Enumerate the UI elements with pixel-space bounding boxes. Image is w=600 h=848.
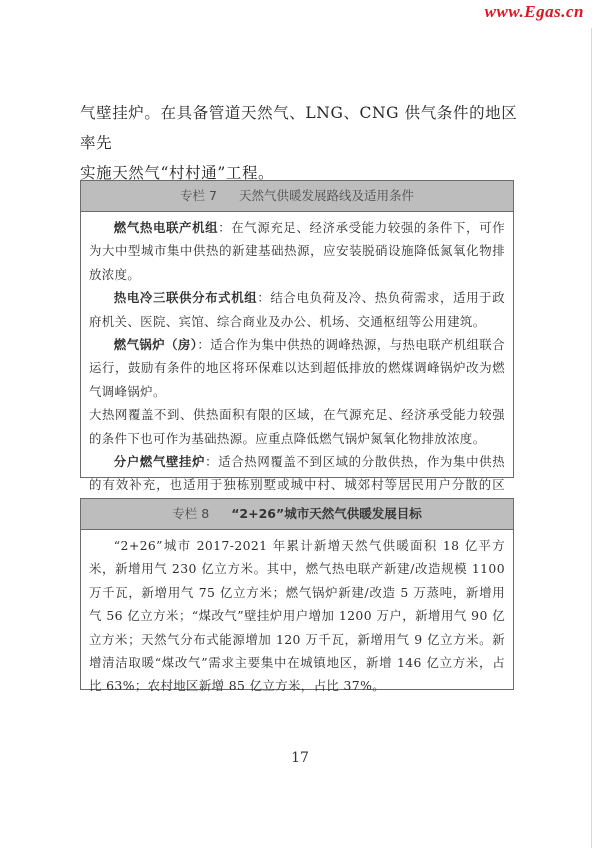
box-heading: 天然气供暖发展路线及适用条件 (239, 188, 414, 203)
sidebar-box-7: 专栏 7 天然气供暖发展路线及适用条件 燃气热电联产机组：在气源充足、经济承受能… (80, 180, 514, 478)
scan-edge-line (591, 28, 592, 848)
box-heading: “2+26”城市天然气供暖发展目标 (231, 506, 422, 521)
intro-paragraph: 气壁挂炉。在具备管道天然气、LNG、CNG 供气条件的地区率先 实施天然气“村村… (80, 98, 520, 188)
watermark: www.Egas.cn (485, 2, 584, 22)
box-paragraph: 大热网覆盖不到、供热面积有限的区域，在气源充足、经济承受能力较强的条件下也可作为… (89, 403, 505, 450)
box-paragraph: 燃气锅炉（房）：适合作为集中供热的调峰热源，与热电联产机组联合运行，鼓励有条件的… (89, 333, 505, 403)
box-paragraph: “2+26”城市 2017-2021 年累计新增天然气供暖面积 18 亿平方米，… (89, 534, 505, 698)
box-label: 专栏 7 (180, 188, 217, 203)
box-title: 专栏 8 “2+26”城市天然气供暖发展目标 (81, 499, 513, 530)
sidebar-box-8: 专栏 8 “2+26”城市天然气供暖发展目标 “2+26”城市 2017-202… (80, 498, 514, 690)
page-number: 17 (0, 750, 600, 766)
intro-line: 气壁挂炉。在具备管道天然气、LNG、CNG 供气条件的地区率先 (80, 98, 520, 158)
box-paragraph: 热电冷三联供分布式机组：结合电负荷及冷、热负荷需求，适用于政府机关、医院、宾馆、… (89, 286, 505, 333)
box-paragraph: 燃气热电联产机组：在气源充足、经济承受能力较强的条件下，可作为大中型城市集中供热… (89, 216, 505, 286)
box-body: “2+26”城市 2017-2021 年累计新增天然气供暖面积 18 亿平方米，… (81, 530, 513, 698)
box-body: 燃气热电联产机组：在气源充足、经济承受能力较强的条件下，可作为大中型城市集中供热… (81, 212, 513, 520)
box-label: 专栏 8 (172, 506, 209, 521)
box-title: 专栏 7 天然气供暖发展路线及适用条件 (81, 181, 513, 212)
